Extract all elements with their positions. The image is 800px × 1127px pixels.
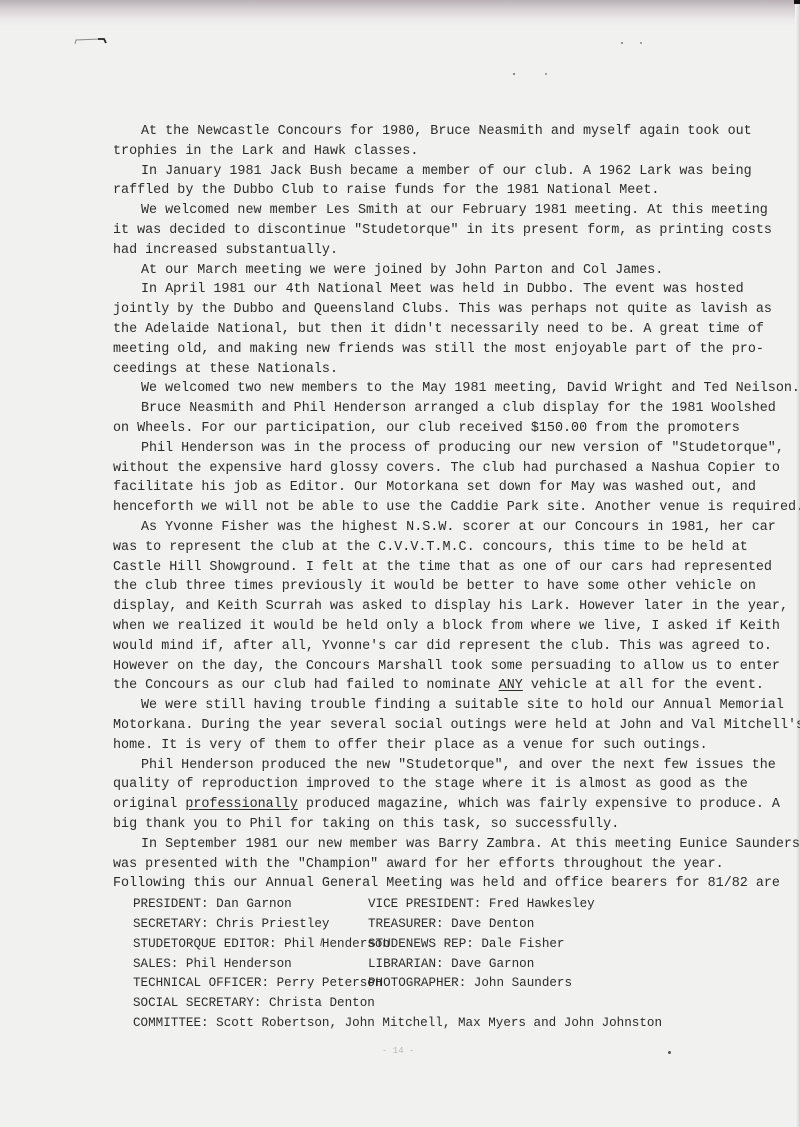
text-line: trophies in the Lark and Hawk classes. xyxy=(113,144,418,160)
text-line: We welcomed new member Les Smith at our … xyxy=(141,203,768,219)
text-line: We were still having trouble finding a s… xyxy=(141,698,784,714)
office-bearer-entry: SECRETARY: Chris Priestley xyxy=(133,916,330,932)
text-line: ceedings at these Nationals. xyxy=(113,362,338,378)
office-bearer-entry: SOCIAL SECRETARY: Christa Denton xyxy=(133,995,375,1011)
text-line: Castle Hill Showground. I felt at the ti… xyxy=(113,560,772,576)
text-line: original professionally produced magazin… xyxy=(113,797,780,813)
text-line: the Concours as our club had failed to n… xyxy=(113,678,764,694)
text-line: had increased substantually. xyxy=(113,243,338,259)
text-line: At our March meeting we were joined by J… xyxy=(141,263,663,279)
text-line: In April 1981 our 4th National Meet was … xyxy=(141,282,744,298)
text-line: display, and Keith Scurrah was asked to … xyxy=(113,599,788,615)
text-line: facilitate his job as Editor. Our Motork… xyxy=(113,480,756,496)
text-line: Bruce Neasmith and Phil Henderson arrang… xyxy=(141,401,776,417)
text-line: henceforth we will not be able to use th… xyxy=(113,500,800,516)
text-line: big thank you to Phil for taking on this… xyxy=(113,817,619,833)
text-line: jointly by the Dubbo and Queensland Club… xyxy=(113,302,772,318)
text-line: it was decided to discontinue "Studetorq… xyxy=(113,223,772,239)
text-segment: produced magazine, which was fairly expe… xyxy=(298,797,780,812)
office-bearer-entry: VICE PRESIDENT: Fred Hawkesley xyxy=(368,896,595,912)
text-line: However on the day, the Concours Marshal… xyxy=(113,659,780,675)
underlined-emphasis: professionally xyxy=(185,797,298,812)
document-page: At the Newcastle Concours for 1980, Bruc… xyxy=(0,0,800,1127)
text-segment: vehicle at all for the event. xyxy=(523,678,764,693)
text-line: quality of reproduction improved to the … xyxy=(113,777,748,793)
text-line: without the expensive hard glossy covers… xyxy=(113,461,780,477)
text-segment: original xyxy=(113,797,185,812)
text-line: the club three times previously it would… xyxy=(113,579,756,595)
text-segment: the Concours as our club had failed to n… xyxy=(113,678,499,693)
text-line: meeting old, and making new friends was … xyxy=(113,342,764,358)
office-bearer-entry: TREASURER: Dave Denton xyxy=(368,916,534,932)
text-line: when we realized it would be held only a… xyxy=(113,619,780,635)
text-line: would mind if, after all, Yvonne's car d… xyxy=(113,639,772,655)
page-number: - 14 - xyxy=(382,1046,414,1056)
underlined-emphasis: ANY xyxy=(499,678,523,693)
text-line: was to represent the club at the C.V.V.T… xyxy=(113,540,748,556)
office-bearer-entry: SALES: Phil Henderson xyxy=(133,956,292,972)
text-line: At the Newcastle Concours for 1980, Bruc… xyxy=(141,124,752,140)
text-line: home. It is very of them to offer their … xyxy=(113,738,708,754)
text-line: raffled by the Dubbo Club to raise funds… xyxy=(113,183,659,199)
office-bearer-entry: LIBRARIAN: Dave Garnon xyxy=(368,956,534,972)
text-line: the Adelaide National, but then it didn'… xyxy=(113,322,764,338)
text-line: on Wheels. For our participation, our cl… xyxy=(113,421,740,437)
text-line: As Yvonne Fisher was the highest N.S.W. … xyxy=(141,520,776,536)
text-line: In September 1981 our new member was Bar… xyxy=(141,837,800,853)
office-bearer-entry: PRESIDENT: Dan Garnon xyxy=(133,896,292,912)
text-line: Following this our Annual General Meetin… xyxy=(113,876,780,892)
text-line: In January 1981 Jack Bush became a membe… xyxy=(141,164,752,180)
text-line: We welcomed two new members to the May 1… xyxy=(141,381,800,397)
text-line: Phil Henderson produced the new "Studeto… xyxy=(141,758,776,774)
text-line: was presented with the "Champion" award … xyxy=(113,857,724,873)
text-line: Motorkana. During the year several socia… xyxy=(113,718,800,734)
committee-list: COMMITTEE: Scott Robertson, John Mitchel… xyxy=(133,1015,662,1031)
office-bearer-entry: PHOTOGRAPHER: John Saunders xyxy=(368,975,572,991)
office-bearer-entry: STUDENEWS REP: Dale Fisher xyxy=(368,936,565,952)
office-bearer-entry: STUDETORQUE EDITOR: Phil Henderson xyxy=(133,936,390,952)
office-bearer-entry: TECHNICAL OFFICER: Perry Peterson xyxy=(133,975,382,991)
text-line: Phil Henderson was in the process of pro… xyxy=(141,441,784,457)
